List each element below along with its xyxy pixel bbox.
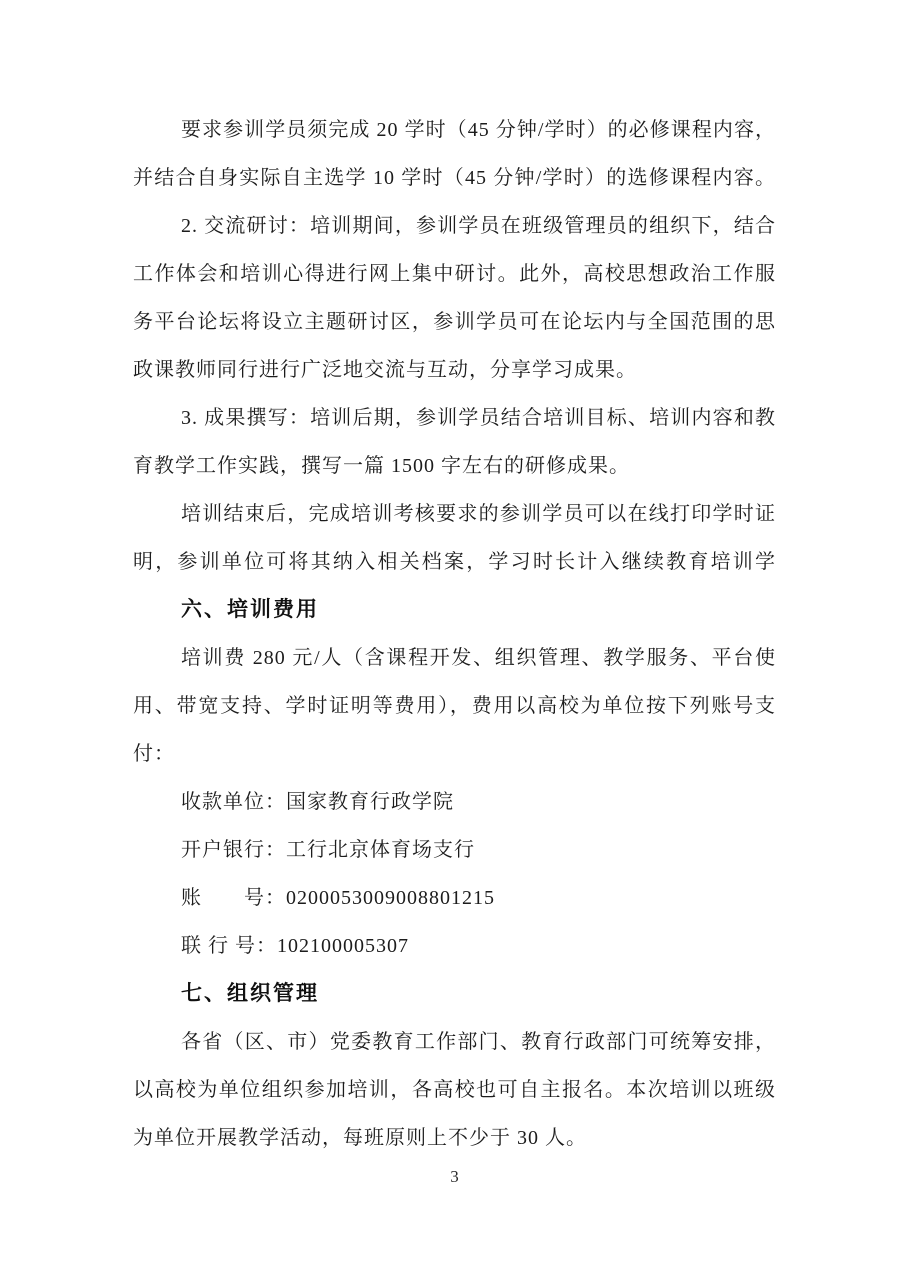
- paragraph-line: 明，参训单位可将其纳入相关档案，学习时长计入继续教育培训学时。: [133, 538, 776, 586]
- paragraph-line: 2. 交流研讨：培训期间，参训学员在班级管理员的组织下，结合: [133, 202, 776, 250]
- paragraph-line: 以高校为单位组织参加培训，各高校也可自主报名。本次培训以班级: [133, 1066, 776, 1114]
- paragraph-line: 联 行 号：102100005307: [133, 922, 776, 970]
- paragraph-line: 政课教师同行进行广泛地交流与互动，分享学习成果。: [133, 346, 776, 394]
- paragraph-line: 开户银行：工行北京体育场支行: [133, 826, 776, 874]
- paragraph-line: 各省（区、市）党委教育工作部门、教育行政部门可统筹安排，: [133, 1018, 776, 1066]
- page-number: 3: [133, 1162, 776, 1192]
- paragraph-line: 要求参训学员须完成 20 学时（45 分钟/学时）的必修课程内容，: [133, 106, 776, 154]
- paragraph-line: 务平台论坛将设立主题研讨区，参训学员可在论坛内与全国范围的思: [133, 298, 776, 346]
- paragraph-line: 为单位开展教学活动，每班原则上不少于 30 人。: [133, 1114, 776, 1162]
- paragraph-line: 育教学工作实践，撰写一篇 1500 字左右的研修成果。: [133, 442, 776, 490]
- paragraph-line: 3. 成果撰写：培训后期，参训学员结合培训目标、培训内容和教: [133, 394, 776, 442]
- paragraph-line: 并结合自身实际自主选学 10 学时（45 分钟/学时）的选修课程内容。: [133, 154, 776, 202]
- paragraph-line: 工作体会和培训心得进行网上集中研讨。此外，高校思想政治工作服: [133, 250, 776, 298]
- section-heading: 六、培训费用: [133, 586, 776, 634]
- document-content: 要求参训学员须完成 20 学时（45 分钟/学时）的必修课程内容，并结合自身实际…: [133, 106, 776, 1162]
- section-heading: 七、组织管理: [133, 970, 776, 1018]
- document-page: 要求参训学员须完成 20 学时（45 分钟/学时）的必修课程内容，并结合自身实际…: [0, 0, 900, 1272]
- paragraph-line: 付：: [133, 730, 776, 778]
- paragraph-line: 收款单位：国家教育行政学院: [133, 778, 776, 826]
- paragraph-line: 用、带宽支持、学时证明等费用），费用以高校为单位按下列账号支: [133, 682, 776, 730]
- paragraph-line: 培训结束后，完成培训考核要求的参训学员可以在线打印学时证: [133, 490, 776, 538]
- paragraph-line: 账 号：0200053009008801215: [133, 874, 776, 922]
- paragraph-line: 培训费 280 元/人（含课程开发、组织管理、教学服务、平台使: [133, 634, 776, 682]
